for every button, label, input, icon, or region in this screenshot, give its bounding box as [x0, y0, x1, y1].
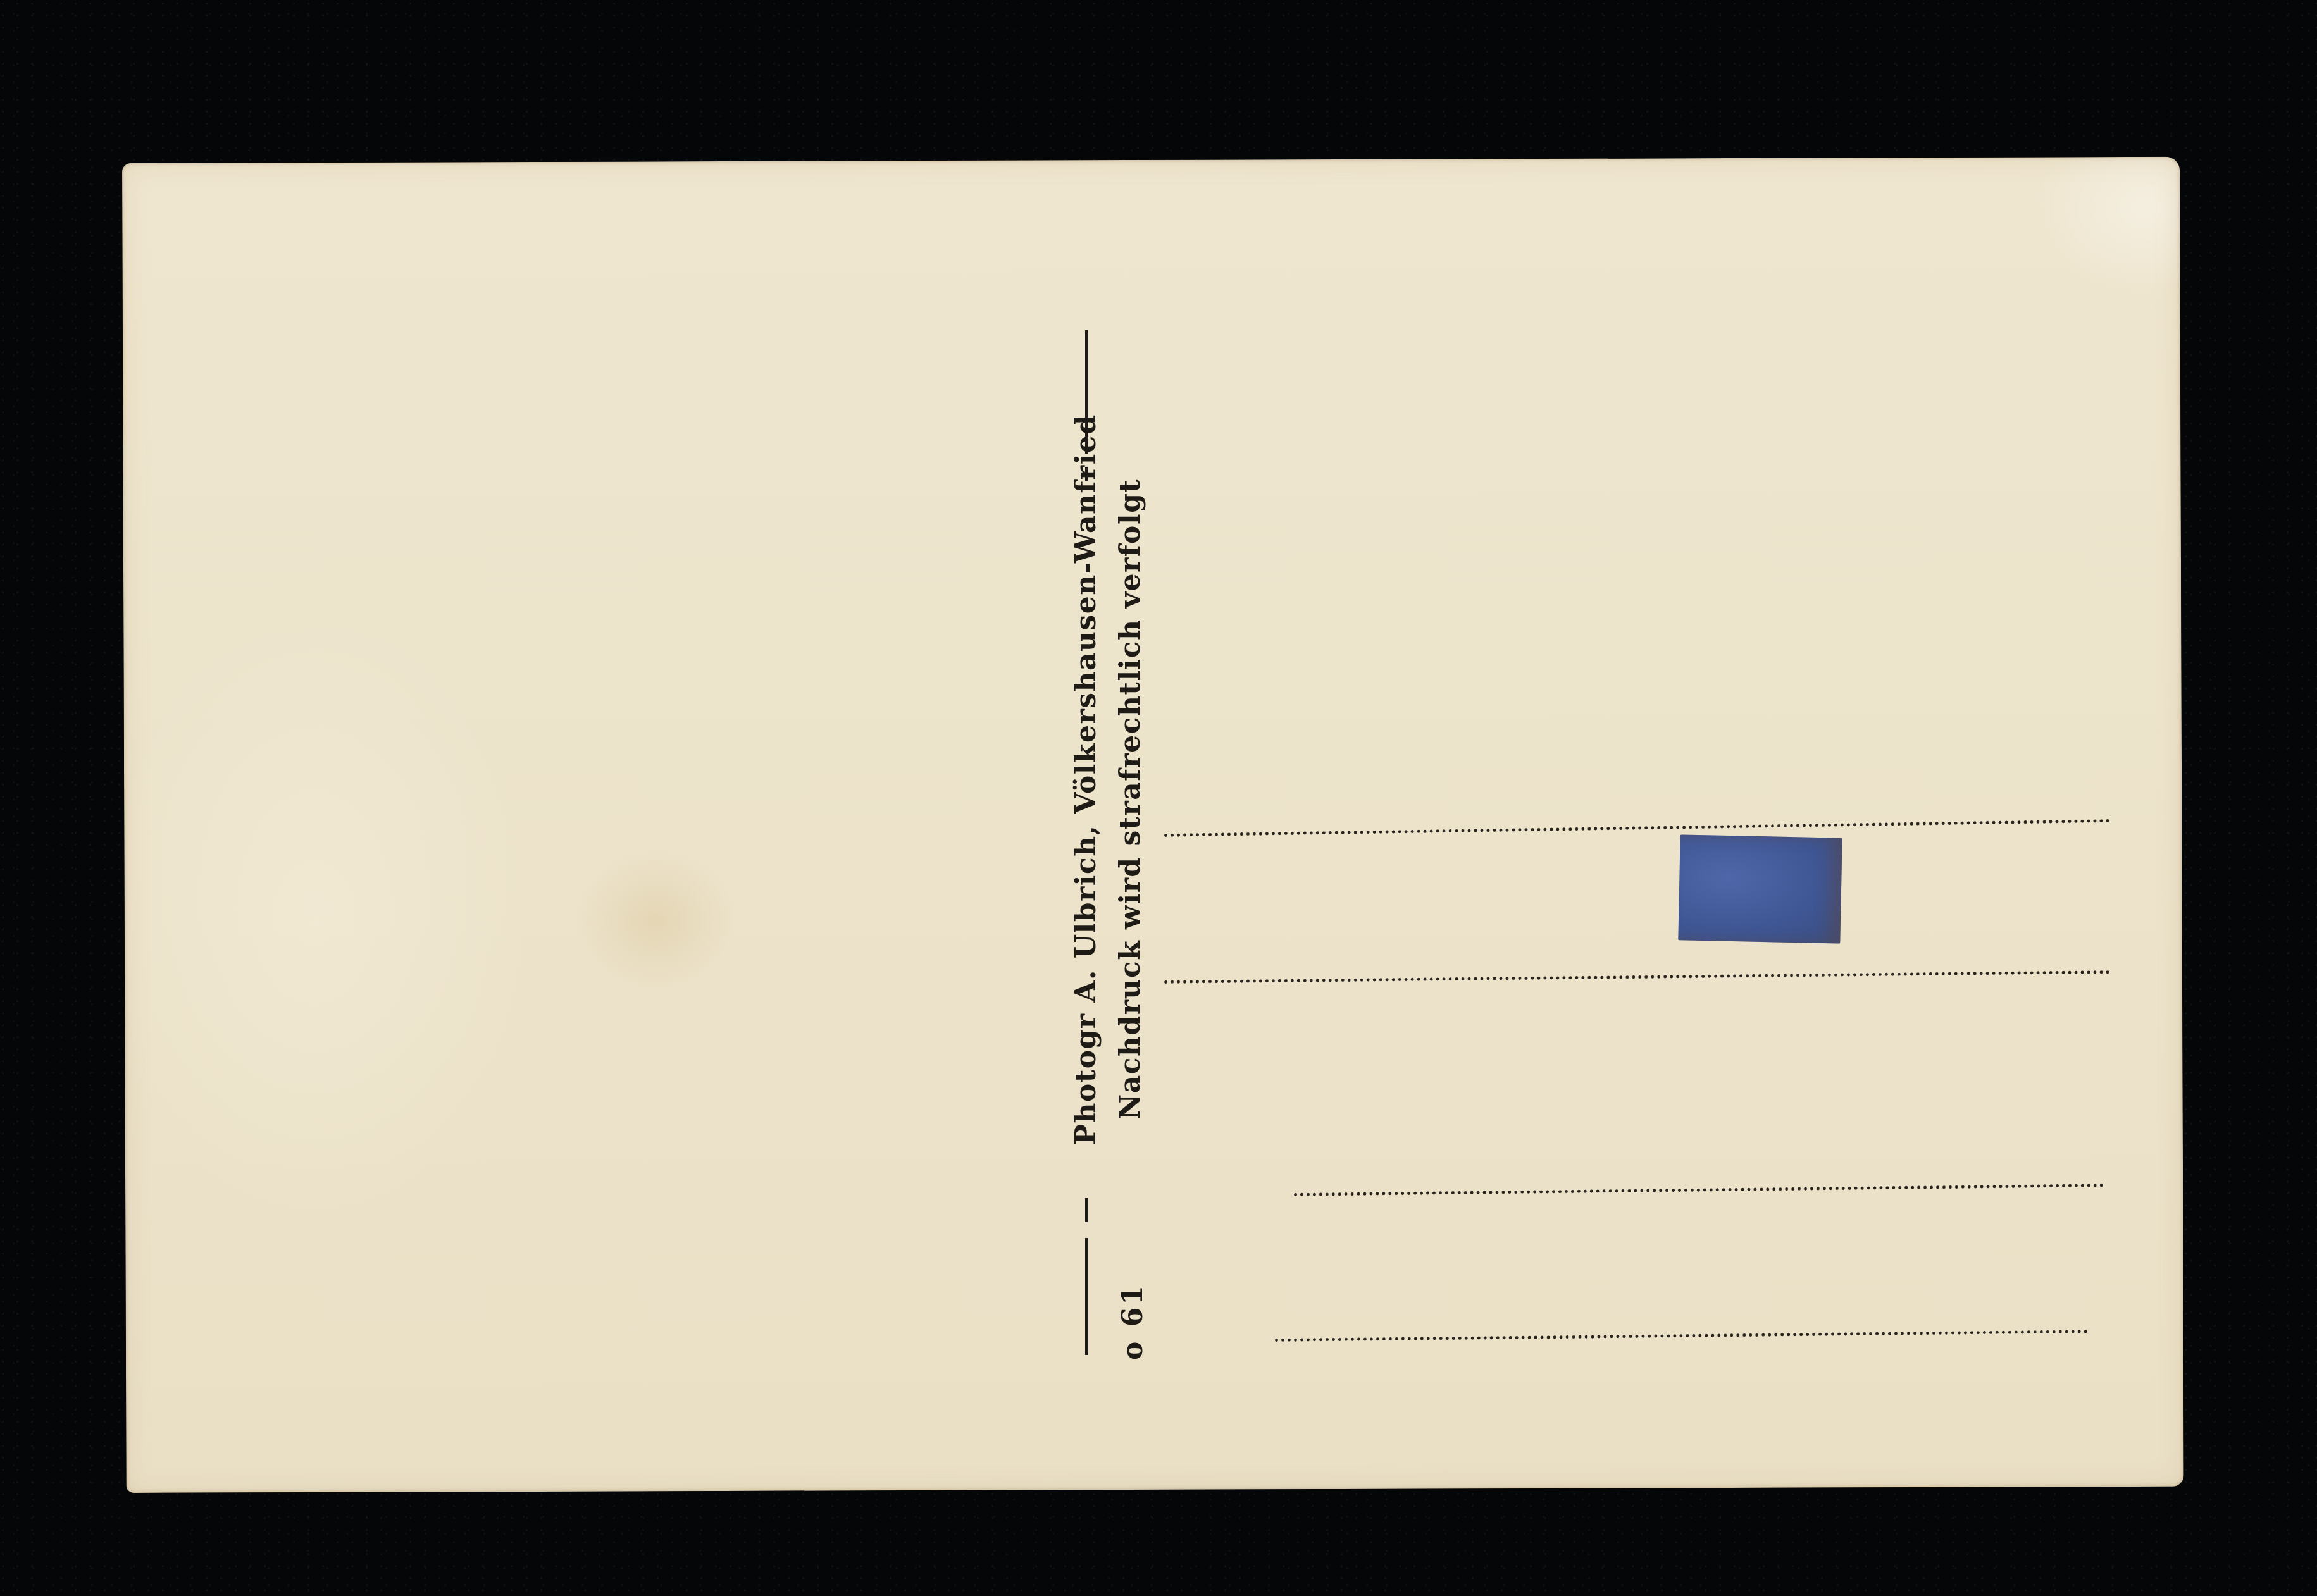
stamp-remnant: [1678, 834, 1842, 943]
photographer-credit: Photogr A. Ulbrich, Völkershausen-Wanfri…: [1072, 414, 1100, 1145]
divider-rule: [1085, 1198, 1088, 1222]
divider-rule: [1085, 330, 1088, 454]
divider-rule: [1085, 1238, 1088, 1355]
divider-rule: [1085, 467, 1088, 481]
catalog-number: o 61: [1117, 1283, 1149, 1360]
copyright-notice: Nachdruck wird strafrechtlich verfolgt: [1117, 479, 1145, 1120]
